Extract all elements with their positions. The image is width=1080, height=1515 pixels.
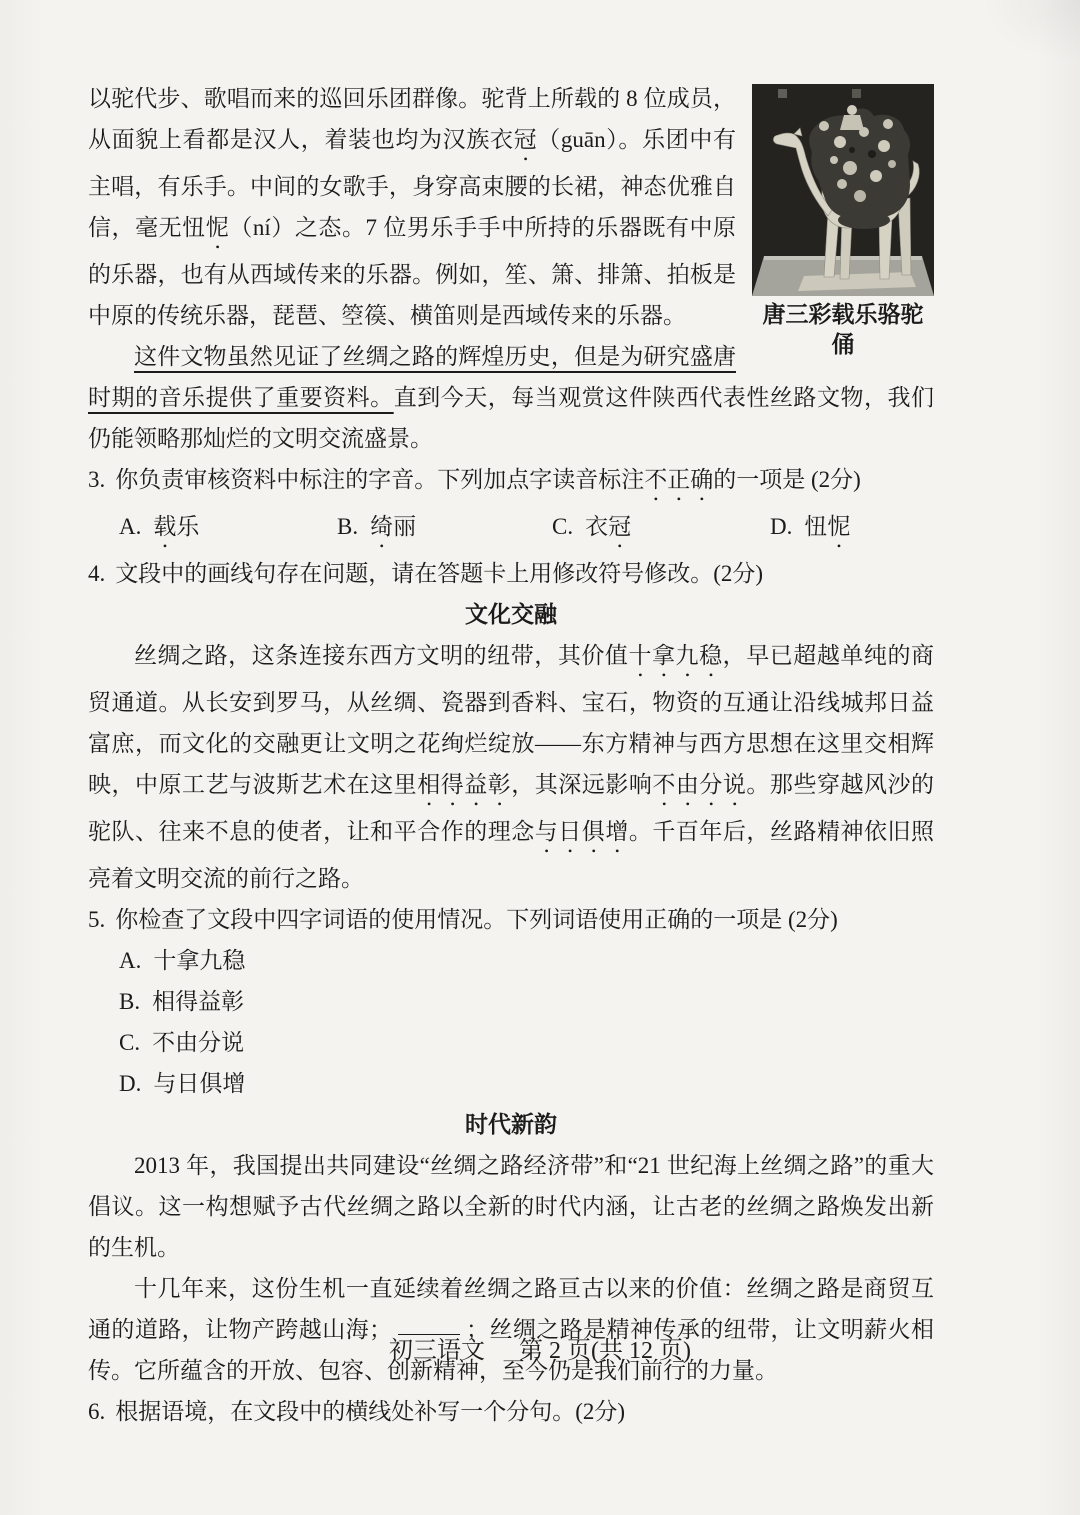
question-number: 3. bbox=[88, 467, 105, 492]
text-segment: 文段中的画线句存在问题，请在答题卡上用修改符号修改。(2分) bbox=[115, 561, 763, 586]
text-segment: 丽 bbox=[393, 514, 416, 539]
footer-course: 初三语文 bbox=[389, 1338, 485, 1364]
text-segment: 你检查了文段中四字词语的使用情况。下列词语使用正确的一项是 (2分) bbox=[115, 907, 838, 932]
text-segment: 根据语境，在文段中的横线处补写一个分句。(2分) bbox=[115, 1399, 625, 1424]
option: A.十拿九稳 bbox=[119, 940, 553, 981]
option: C.不由分说 bbox=[119, 1022, 553, 1063]
question: 4.文段中的画线句存在问题，请在答题卡上用修改符号修改。(2分) bbox=[88, 553, 934, 594]
option: B.绮丽 bbox=[337, 506, 552, 553]
option: D.与日俱增 bbox=[119, 1063, 553, 1104]
text-segment: 忸 bbox=[804, 514, 827, 539]
text-segment: ，其深远影响 bbox=[511, 772, 652, 797]
question: 5.你检查了文段中四字词语的使用情况。下列词语使用正确的一项是 (2分) bbox=[88, 899, 934, 940]
text-segment: 相得益彰 bbox=[152, 989, 244, 1014]
footer-page-number: 第 2 页(共 12 页) bbox=[519, 1338, 691, 1364]
text-segment: 怩 bbox=[206, 215, 230, 240]
document-content: 唐三彩载乐骆驼俑 以驼代步、歌唱而来的巡回乐团群像。驼背上所载的 8 位成员，从… bbox=[88, 78, 934, 1432]
text-segment: 丝绸之路，这条连接东西方文明的纽带，其价值 bbox=[134, 643, 628, 668]
option-label: C. bbox=[552, 514, 573, 539]
text-segment: 衣 bbox=[585, 514, 608, 539]
text-segment: 绮 bbox=[370, 514, 393, 539]
text-segment: 你负责审核资料中标注的字音。下列加点字读音标注 bbox=[115, 467, 644, 492]
options-row: A.载乐B.绮丽C.衣冠D.忸怩 bbox=[88, 506, 934, 553]
option-label: C. bbox=[119, 1030, 140, 1055]
option-label: B. bbox=[119, 989, 140, 1014]
option-label: D. bbox=[119, 1071, 141, 1096]
section-heading: 时代新韵 bbox=[88, 1104, 934, 1145]
question-number: 5. bbox=[88, 907, 105, 932]
option-label: B. bbox=[337, 514, 358, 539]
text-segment: 的一项是 (2分) bbox=[713, 467, 861, 492]
text-segment: 乐 bbox=[176, 514, 199, 539]
text-segment: 冠 bbox=[514, 127, 538, 152]
option: B.相得益彰 bbox=[119, 981, 553, 1022]
artifact-photo bbox=[752, 84, 934, 296]
exam-page: 唐三彩载乐骆驼俑 以驼代步、歌唱而来的巡回乐团群像。驼背上所载的 8 位成员，从… bbox=[0, 0, 1080, 1515]
text-segment: 相得益彰 bbox=[417, 772, 511, 797]
text-segment: 不由分说 bbox=[152, 1030, 244, 1055]
section-heading: 文化交融 bbox=[88, 594, 934, 635]
question-number: 6. bbox=[88, 1399, 105, 1424]
text-segment: 载 bbox=[153, 514, 176, 539]
question-number: 4. bbox=[88, 561, 105, 586]
text-segment: 冠 bbox=[608, 514, 631, 539]
text-segment: 与日俱增 bbox=[535, 819, 629, 844]
text-segment: 不由分说 bbox=[652, 772, 746, 797]
options-row: A.十拿九稳B.相得益彰C.不由分说D.与日俱增 bbox=[88, 940, 934, 1104]
mount-peg bbox=[778, 89, 787, 98]
paragraph: 丝绸之路，这条连接东西方文明的纽带，其价值十拿九稳，早已超越单纯的商贸通道。从长… bbox=[88, 635, 934, 899]
text-segment: 与日俱增 bbox=[153, 1071, 245, 1096]
artifact-figure: 唐三彩载乐骆驼俑 bbox=[752, 84, 934, 360]
text-segment: 不正确 bbox=[644, 467, 713, 492]
page-footer: 初三语文第 2 页(共 12 页) bbox=[0, 1330, 1080, 1365]
option-label: A. bbox=[119, 948, 141, 973]
option: A.载乐 bbox=[119, 506, 337, 553]
question: 6.根据语境，在文段中的横线处补写一个分句。(2分) bbox=[88, 1391, 934, 1432]
figure-caption: 唐三彩载乐骆驼俑 bbox=[752, 300, 934, 360]
option-label: D. bbox=[770, 514, 792, 539]
text-segment: 十拿九稳 bbox=[628, 643, 722, 668]
text-segment: 2013 年，我国提出共同建设“丝绸之路经济带”和“21 世纪海上丝绸之路”的重… bbox=[88, 1153, 934, 1260]
question: 3.你负责审核资料中标注的字音。下列加点字读音标注不正确的一项是 (2分) bbox=[88, 459, 934, 506]
option-label: A. bbox=[119, 514, 141, 539]
paragraph: 2013 年，我国提出共同建设“丝绸之路经济带”和“21 世纪海上丝绸之路”的重… bbox=[88, 1145, 934, 1268]
text-segment: 十拿九稳 bbox=[153, 948, 245, 973]
option: C.衣冠 bbox=[552, 506, 770, 553]
text-segment: 怩 bbox=[827, 514, 850, 539]
option: D.忸怩 bbox=[770, 506, 850, 553]
mount-peg bbox=[852, 89, 861, 98]
